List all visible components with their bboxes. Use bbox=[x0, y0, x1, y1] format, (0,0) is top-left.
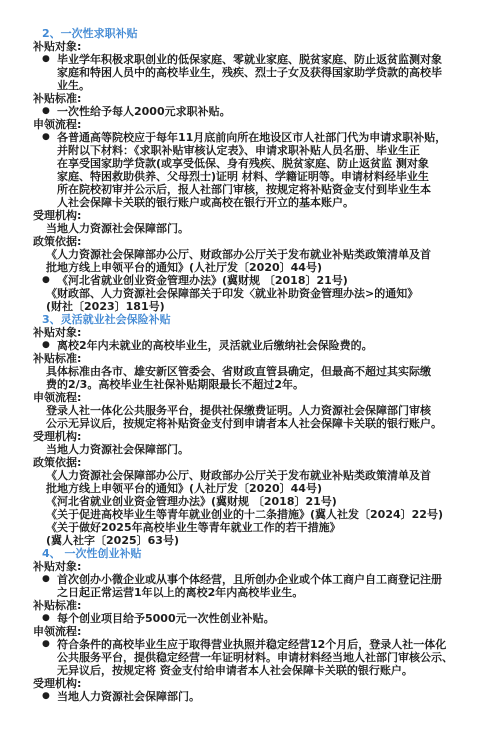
field-label: 申领流程: bbox=[0, 625, 482, 638]
bullet-text: 当地人力资源社会保障部门。 bbox=[57, 690, 482, 703]
section-heading: 2、一次性求职补贴 bbox=[0, 27, 482, 40]
bullet-item: ●各普通高等院校应于每年11月底前向所在地设区市人社部门代为申请求职补贴， bbox=[0, 131, 482, 144]
document: 2、一次性求职补贴补贴对象:●毕业学年积极求职创业的低保家庭、零就业家庭、脱贫家… bbox=[0, 0, 482, 703]
bullet-text: 毕业学年积极求职创业的低保家庭、零就业家庭、脱贫家庭、防止返贫监测对象 bbox=[57, 53, 482, 66]
section-heading: 4、 一次性创业补贴 bbox=[0, 547, 482, 560]
bullet-icon: ● bbox=[42, 339, 57, 352]
bullet-text: 离校2年内未就业的高校毕业生，灵活就业后缴纳社会保险费的。 bbox=[57, 339, 482, 352]
field-label: 受理机构: bbox=[0, 677, 482, 690]
text-line: (财社〔2023〕181号) bbox=[0, 300, 482, 313]
text-line: 《人力资源社会保障部办公厅、财政部办公厅关于发布就业补贴类政策清单及首 bbox=[0, 469, 482, 482]
field-label: 补贴标准: bbox=[0, 352, 482, 365]
text-line: 具体标准由各市、雄安新区管委会、省财政直管县确定，但最高不超过其实际缴 bbox=[0, 365, 482, 378]
text-line: 家庭和特困人员中的高校毕业生，残疾、烈士子女及获得国家助学贷款的高校毕 bbox=[0, 66, 482, 79]
bullet-icon: ● bbox=[42, 638, 57, 651]
bullet-item: ●一次性给予每人2000元求职补贴。 bbox=[0, 105, 482, 118]
text-line: 费的2/3。高校毕业生社保补贴期限最长不超过2年。 bbox=[0, 378, 482, 391]
bullet-item: ●毕业学年积极求职创业的低保家庭、零就业家庭、脱贫家庭、防止返贫监测对象 bbox=[0, 53, 482, 66]
bullet-text: 首次创办小微企业或从事个体经营，且所创办企业或个体工商户自工商登记注册 bbox=[57, 573, 482, 586]
text-line: 当地人力资源社会保障部门。 bbox=[0, 222, 482, 235]
field-label: 补贴标准: bbox=[0, 599, 482, 612]
text-line: 《人力资源社会保障部办公厅、财政部办公厅关于发布就业补贴类政策清单及首 bbox=[0, 248, 482, 261]
text-line: 之日起正常运营1年以上的离校2年内高校毕业生。 bbox=[0, 586, 482, 599]
bullet-icon: ● bbox=[42, 274, 57, 287]
text-line: 批地方线上申领平台的通知》(人社厅发〔2020〕44号) bbox=[0, 261, 482, 274]
text-line: 人社会保障卡关联的银行账户或高校在银行开立的基本账户。 bbox=[0, 196, 482, 209]
bullet-item: ●每个创业项目给予5000元一次性创业补贴。 bbox=[0, 612, 482, 625]
bullet-text: 每个创业项目给予5000元一次性创业补贴。 bbox=[57, 612, 482, 625]
bullet-icon: ● bbox=[42, 573, 57, 586]
bullet-icon: ● bbox=[42, 690, 57, 703]
bullet-text: 一次性给予每人2000元求职补贴。 bbox=[57, 105, 482, 118]
bullet-text: 符合条件的高校毕业生应于取得营业执照并稳定经营12个月后，登录人社一体化 bbox=[57, 638, 482, 651]
field-label: 申领流程: bbox=[0, 391, 482, 404]
text-line: 当地人力资源社会保障部门。 bbox=[0, 443, 482, 456]
bullet-item: ●当地人力资源社会保障部门。 bbox=[0, 690, 482, 703]
text-line: 无异议后，按规定将 资金支付给申请者本人社会保障卡关联的银行账户。 bbox=[0, 664, 482, 677]
field-label: 补贴对象: bbox=[0, 326, 482, 339]
field-label: 受理机构: bbox=[0, 209, 482, 222]
text-line: 《关于促进高校毕业生等青年就业创业的十二条措施》(冀人社发〔2024〕22号) bbox=[0, 508, 482, 521]
text-line: 并附以下材料：《求职补贴审核认定表》、申请求职补贴人员名册、毕业生正 bbox=[0, 144, 482, 157]
text-line: 《关于做好2025年高校毕业生等青年就业工作的若干措施》 bbox=[0, 521, 482, 534]
text-line: 公示无异议后，按规定将补贴资金支付到申请者本人社会保障卡关联的银行账户。 bbox=[0, 417, 482, 430]
field-label: 申领流程: bbox=[0, 118, 482, 131]
bullet-icon: ● bbox=[42, 131, 57, 144]
text-line: 所在院校初审并公示后，报人社部门审核，按规定将补贴资金支付到毕业生本 bbox=[0, 183, 482, 196]
bullet-text: 各普通高等院校应于每年11月底前向所在地设区市人社部门代为申请求职补贴， bbox=[57, 131, 482, 144]
bullet-item: ●离校2年内未就业的高校毕业生，灵活就业后缴纳社会保险费的。 bbox=[0, 339, 482, 352]
bullet-item: ●符合条件的高校毕业生应于取得营业执照并稳定经营12个月后，登录人社一体化 bbox=[0, 638, 482, 651]
field-label: 补贴标准: bbox=[0, 92, 482, 105]
text-line: 《财政部、人力资源社会保障部关于印发〈就业补助资金管理办法>的通知》 bbox=[0, 287, 482, 300]
bullet-icon: ● bbox=[42, 612, 57, 625]
text-line: 业生。 bbox=[0, 79, 482, 92]
field-label: 政策依据: bbox=[0, 235, 482, 248]
bullet-icon: ● bbox=[42, 53, 57, 66]
bullet-text: 《河北省就业创业资金管理办法》(冀财规 〔2018〕21号) bbox=[57, 274, 482, 287]
text-line: 《河北省就业创业资金管理办法》(冀财规 〔2018〕21号) bbox=[0, 495, 482, 508]
text-line: 家庭、特困救助供养、父母烈士)证明 材料、学籍证明等。申请材料经毕业生 bbox=[0, 170, 482, 183]
text-line: 登录人社一体化公共服务平台，提供社保缴费证明。人力资源社会保障部门审核 bbox=[0, 404, 482, 417]
field-label: 政策依据: bbox=[0, 456, 482, 469]
field-label: 补贴对象: bbox=[0, 40, 482, 53]
field-label: 受理机构: bbox=[0, 430, 482, 443]
text-line: 批地方线上申领平台的通知》(人社厅发〔2020〕44号) bbox=[0, 482, 482, 495]
bullet-item: ●《河北省就业创业资金管理办法》(冀财规 〔2018〕21号) bbox=[0, 274, 482, 287]
text-line: 公共服务平台，提供稳定经营一年证明材料。申请材料经当地人社部门审核公示、 bbox=[0, 651, 482, 664]
bullet-icon: ● bbox=[42, 105, 57, 118]
bullet-item: ●首次创办小微企业或从事个体经营，且所创办企业或个体工商户自工商登记注册 bbox=[0, 573, 482, 586]
text-line: 在享受国家助学贷款(或享受低保、身有残疾、脱贫家庭、防止返贫监 测对象 bbox=[0, 157, 482, 170]
text-line: (冀人社字〔2025〕63号) bbox=[0, 534, 482, 547]
section-heading: 3、灵活就业社会保险补贴 bbox=[0, 313, 482, 326]
field-label: 补贴对象: bbox=[0, 560, 482, 573]
